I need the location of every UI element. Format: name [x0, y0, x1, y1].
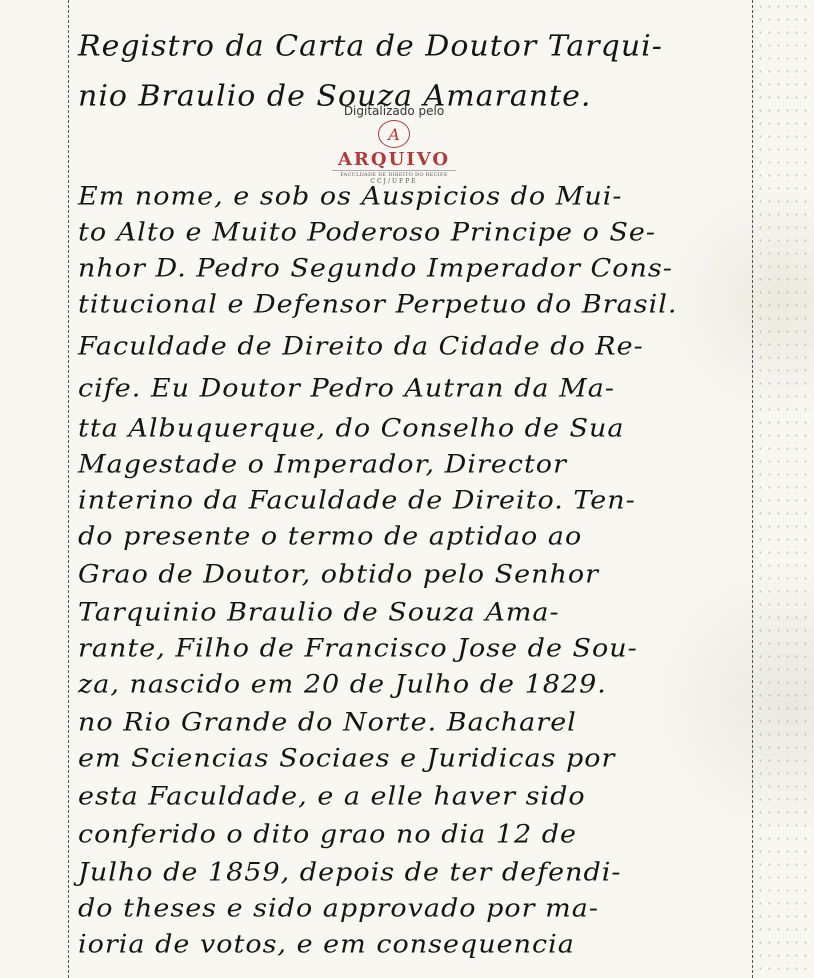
- paper-stain: [756, 0, 814, 978]
- body-line: Tarquinio Braulio de Souza Ama-: [78, 598, 748, 627]
- body-line: conferido o dito grao no dia 12 de: [78, 820, 748, 849]
- body-line: em Sciencias Sociaes e Juridicas por: [78, 744, 748, 773]
- archive-watermark: Digitalizado pelo A ARQUIVO FACULDADE DE…: [332, 104, 456, 185]
- title-line-1: Registro da Carta de Doutor Tarqui-: [78, 30, 748, 63]
- body-line: Magestade o Imperador, Director: [78, 450, 748, 479]
- right-margin-rule: [752, 0, 753, 978]
- body-line: Grao de Doutor, obtido pelo Senhor: [78, 560, 748, 589]
- body-line: ioria de votos, e em consequencia: [78, 930, 748, 959]
- body-line: za, nascido em 20 de Julho de 1829.: [78, 670, 748, 699]
- body-line: Faculdade de Direito da Cidade do Re-: [78, 332, 748, 361]
- archive-emblem-icon: A: [378, 120, 410, 148]
- watermark-subtitle: FACULDADE DE DIREITO DO RECIFE: [332, 170, 456, 178]
- left-margin-rule: [68, 0, 69, 978]
- body-line: interino da Faculdade de Direito. Ten-: [78, 486, 748, 515]
- watermark-caption: Digitalizado pelo: [332, 104, 456, 118]
- body-line: Em nome, e sob os Auspicios do Mui-: [78, 182, 748, 211]
- body-line: do presente o termo de aptidao ao: [78, 522, 748, 551]
- document-page: Registro da Carta de Doutor Tarqui- nio …: [0, 0, 814, 978]
- body-line: cife. Eu Doutor Pedro Autran da Ma-: [78, 374, 748, 403]
- body-line: do theses e sido approvado por ma-: [78, 894, 748, 923]
- body-line: tta Albuquerque, do Conselho de Sua: [78, 414, 748, 443]
- body-line: Julho de 1859, depois de ter defendi-: [78, 858, 748, 887]
- body-line: titucional e Defensor Perpetuo do Brasil…: [78, 290, 748, 319]
- body-line: nhor D. Pedro Segundo Imperador Cons-: [78, 254, 748, 283]
- body-line: to Alto e Muito Poderoso Principe o Se-: [78, 218, 748, 247]
- body-line: no Rio Grande do Norte. Bacharel: [78, 708, 748, 737]
- watermark-name: ARQUIVO: [332, 149, 456, 170]
- body-line: rante, Filho de Francisco Jose de Sou-: [78, 634, 748, 663]
- body-line: esta Faculdade, e a elle haver sido: [78, 782, 748, 811]
